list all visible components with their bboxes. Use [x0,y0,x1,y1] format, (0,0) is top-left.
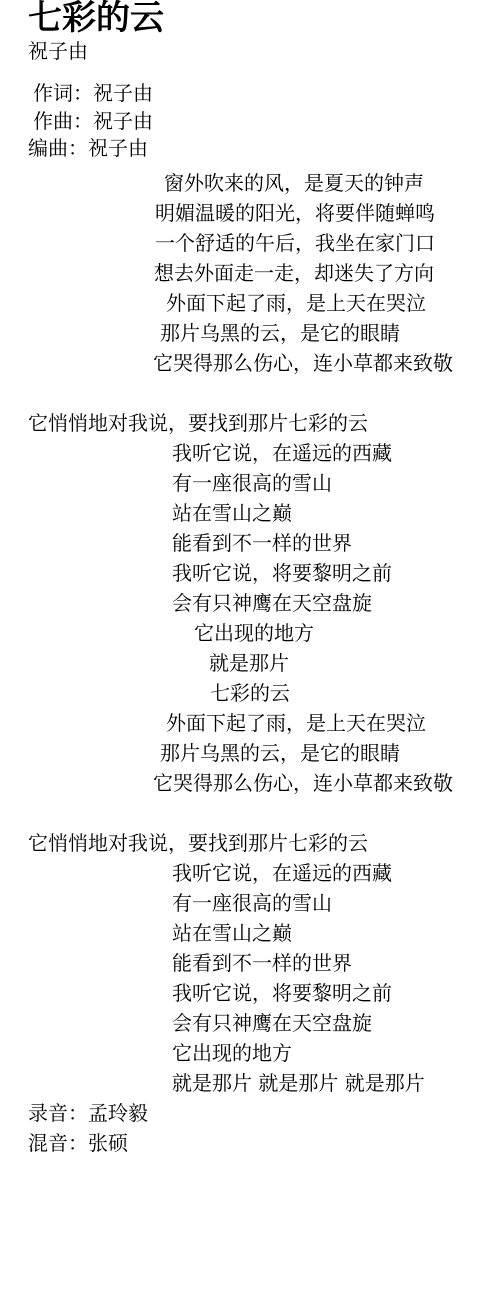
credit-line: 作词：祝子由 [28,80,482,108]
lyric-line: 它哭得那么伤心，连小草都来致敬 [28,348,482,378]
lyrics-page: 七彩的云 祝子由 作词：祝子由作曲：祝子由编曲：祝子由 窗外吹来的风，是夏天的钟… [0,0,500,1158]
lyric-line: 那片乌黑的云，是它的眼睛 [28,318,482,348]
lyric-line: 会有只神鹰在天空盘旋 [28,588,482,618]
lyric-line: 外面下起了雨，是上天在哭泣 [28,708,482,738]
lyric-line: 有一座很高的雪山 [28,888,482,918]
credits-block: 作词：祝子由作曲：祝子由编曲：祝子由 [28,80,482,163]
lyric-line: 站在雪山之巅 [28,498,482,528]
lyric-line: 我听它说，在遥远的西藏 [28,858,482,888]
lyric-line: 明媚温暖的阳光，将要伴随蝉鸣 [28,198,482,228]
lyric-line: 七彩的云 [28,678,482,708]
lyric-line: 外面下起了雨，是上天在哭泣 [28,288,482,318]
credit-line: 作曲：祝子由 [28,108,482,136]
lyric-line: 它出现的地方 [28,618,482,648]
lyric-line: 有一座很高的雪山 [28,468,482,498]
lyric-line: 就是那片 [28,648,482,678]
lyric-line: 窗外吹来的风，是夏天的钟声 [28,168,482,198]
song-title: 七彩的云 [28,0,482,36]
lyric-line: 一个舒适的午后，我坐在家门口 [28,228,482,258]
lyric-line: 那片乌黑的云，是它的眼睛 [28,738,482,768]
lyric-line: 站在雪山之巅 [28,918,482,948]
lyric-line: 它悄悄地对我说，要找到那片七彩的云 [28,408,482,438]
lyric-line: 能看到不一样的世界 [28,528,482,558]
lyric-line: 它哭得那么伤心，连小草都来致敬 [28,768,482,798]
lyric-line: 就是那片 就是那片 就是那片 [28,1068,482,1098]
lyric-line: 能看到不一样的世界 [28,948,482,978]
lyric-line: 会有只神鹰在天空盘旋 [28,1008,482,1038]
lyric-line: 我听它说，在遥远的西藏 [28,438,482,468]
lyric-line: 录音：孟玲毅 [28,1098,482,1128]
lyric-line: 我听它说，将要黎明之前 [28,558,482,588]
lyric-line: 它悄悄地对我说，要找到那片七彩的云 [28,828,482,858]
lyric-line: 我听它说，将要黎明之前 [28,978,482,1008]
lyric-line [28,798,482,828]
artist-name: 祝子由 [28,36,482,66]
lyric-line: 想去外面走一走，却迷失了方向 [28,258,482,288]
lyrics-block: 窗外吹来的风，是夏天的钟声明媚温暖的阳光，将要伴随蝉鸣一个舒适的午后，我坐在家门… [28,168,482,1158]
credit-line: 编曲：祝子由 [28,135,482,163]
lyric-line [28,378,482,408]
lyric-line: 它出现的地方 [28,1038,482,1068]
lyric-line: 混音：张硕 [28,1128,482,1158]
